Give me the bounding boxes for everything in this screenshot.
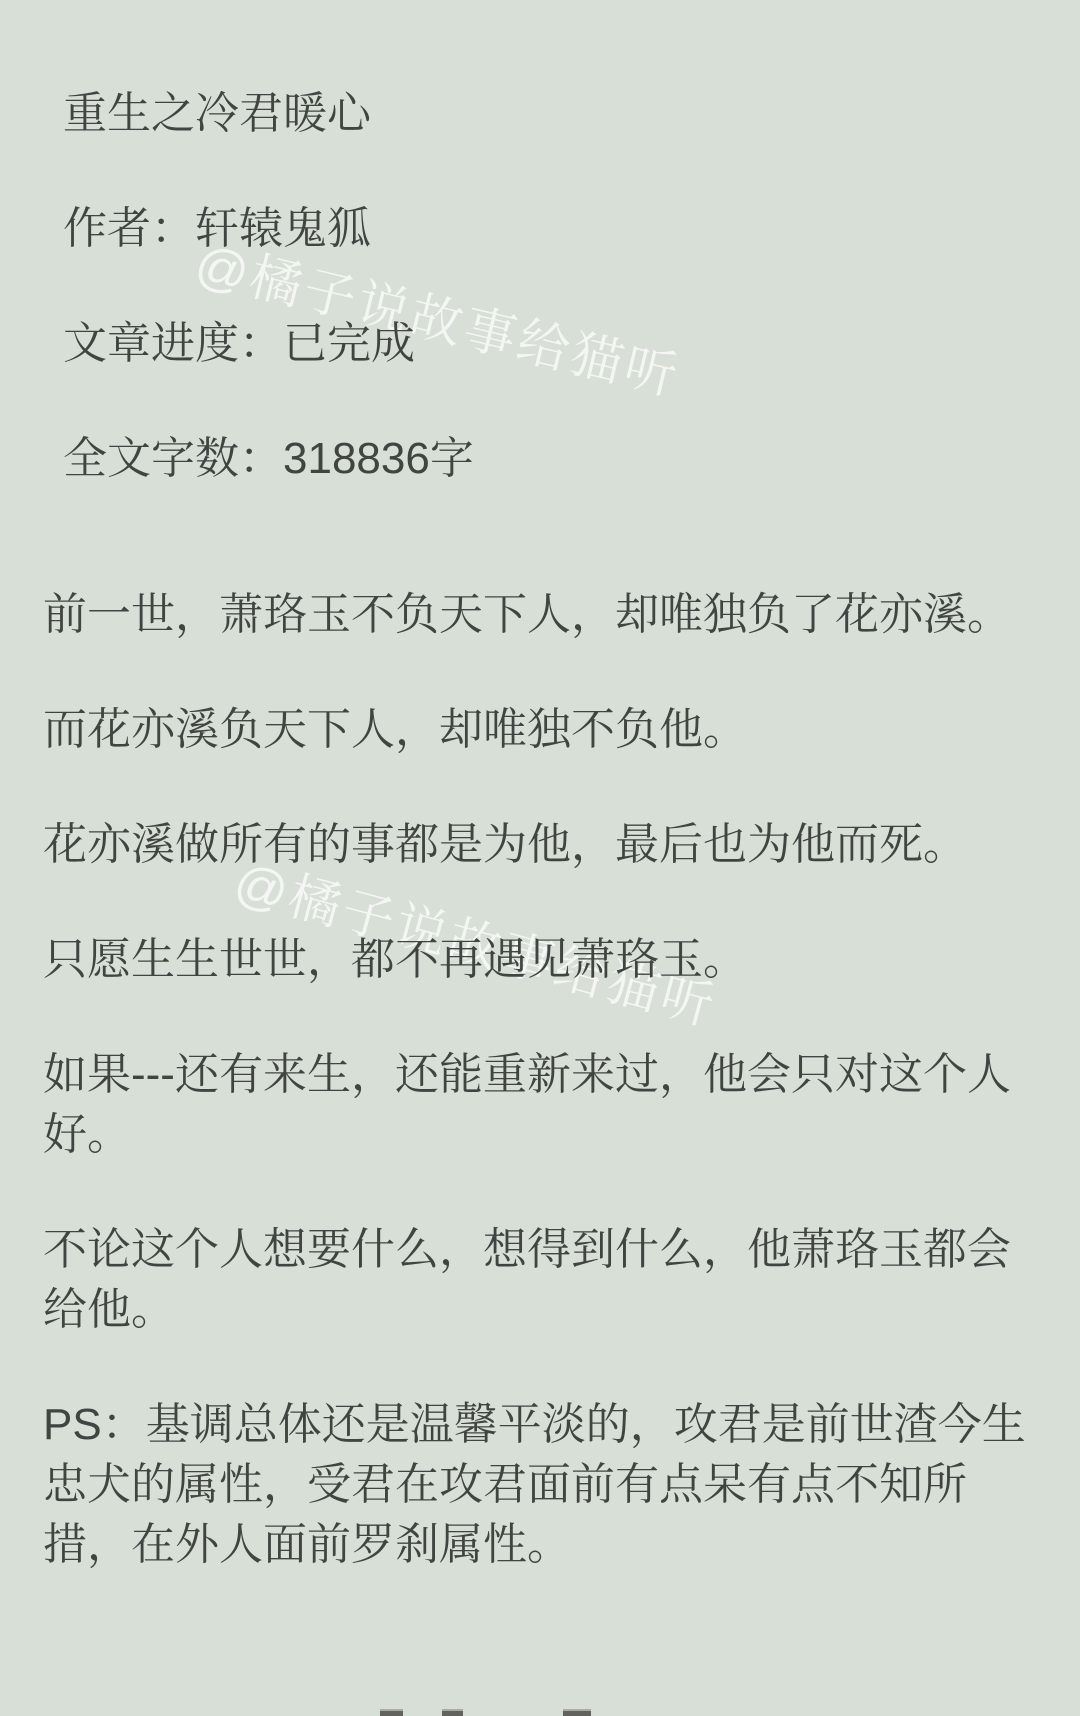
synopsis-paragraph-7: PS：基调总体还是温馨平淡的，攻君是前世渣今生 忠犬的属性，受君在攻君面前有点呆…	[43, 1395, 1060, 1575]
cutoff-glyph-fragment	[442, 1709, 463, 1716]
progress-line: 文章进度：已完成	[63, 314, 1060, 374]
synopsis-paragraph-6: 不论这个人想要什么，想得到什么，他萧珞玉都会 给他。	[43, 1220, 1060, 1340]
author-line: 作者：轩辕鬼狐	[63, 199, 1060, 259]
synopsis-paragraph-4: 只愿生生世世，都不再遇见萧珞玉。	[43, 930, 1060, 990]
synopsis-paragraph-5: 如果---还有来生，还能重新来过，他会只对这个人 好。	[43, 1045, 1060, 1165]
synopsis-paragraph-3: 花亦溪做所有的事都是为他，最后也为他而死。	[43, 815, 1060, 875]
word-count-line: 全文字数：318836字	[63, 429, 1060, 489]
synopsis-paragraph-1: 前一世，萧珞玉不负天下人，却唯独负了花亦溪。	[43, 585, 1060, 645]
synopsis-paragraph-2: 而花亦溪负天下人，却唯独不负他。	[43, 700, 1060, 760]
novel-title: 重生之冷君暖心	[63, 84, 1060, 144]
novel-intro-page: 重生之冷君暖心 作者：轩辕鬼狐 文章进度：已完成 全文字数：318836字 前一…	[0, 0, 1080, 1575]
cutoff-glyph-fragment	[380, 1709, 403, 1716]
cutoff-glyph-fragment	[563, 1709, 591, 1716]
